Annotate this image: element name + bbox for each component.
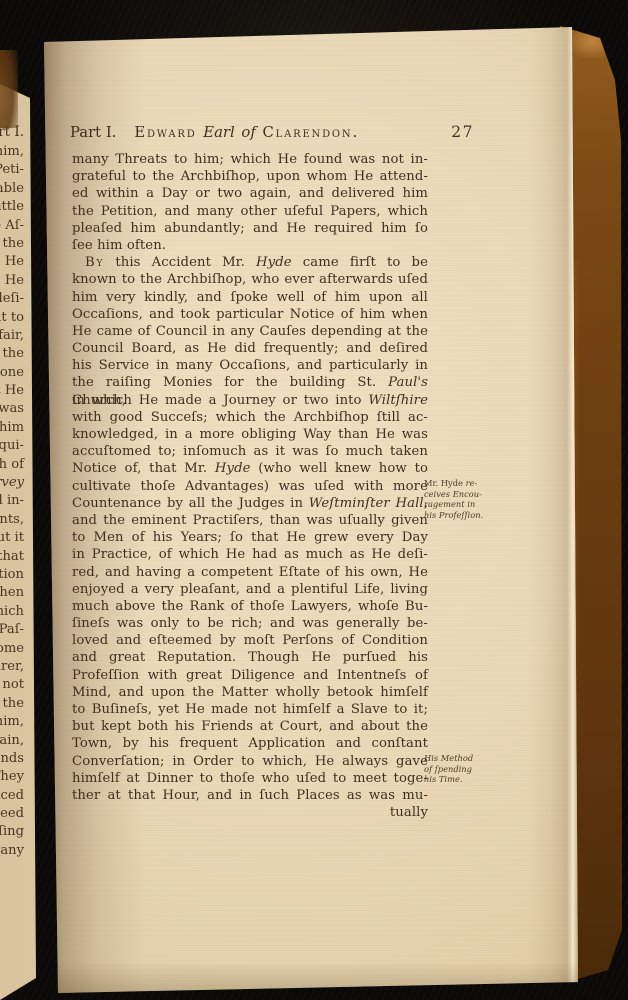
facing-page-line-fragment: little	[0, 198, 24, 216]
facing-page-line-fragment: They	[0, 768, 24, 786]
facing-page-line-fragment: the	[0, 695, 24, 713]
facing-page-line-fragment: ſome	[0, 640, 24, 658]
fore-edge-pages	[528, 0, 578, 1000]
facing-page-line-fragment: him,	[0, 143, 24, 161]
margin-note-line: of ſpending	[424, 764, 508, 775]
facing-page-line-fragment: h of	[0, 456, 24, 474]
facing-page-line-fragment: uſing	[0, 823, 24, 841]
facing-page-line-fragment: him	[0, 419, 24, 437]
facing-page-line-fragment: urer,	[0, 658, 24, 676]
facing-page-line-fragment: deed	[0, 805, 24, 823]
facing-page-line-fragment: “ the	[0, 345, 24, 363]
facing-page-line-fragment: vhich	[0, 603, 24, 621]
facing-page-line-fragment: Peti-	[0, 161, 24, 179]
facing-page-line-fragment: arvey	[0, 474, 24, 492]
facing-page-line-fragment: e Aſ-	[0, 217, 24, 235]
facing-page-line-fragment: rable	[0, 180, 24, 198]
margin-note-line: Mr. Hyde re-	[424, 478, 508, 489]
facing-page-line-fragment: He	[0, 253, 24, 271]
facing-page-line-fragment: ation	[0, 566, 24, 584]
margin-note-line: his Profeſſion.	[424, 510, 508, 521]
facing-page-line-fragment: gain,	[0, 732, 24, 750]
facing-page-line-fragment: that	[0, 548, 24, 566]
spine-shadow	[0, 50, 18, 128]
book-page: Part I. Edward Earl of Clarendon. 27 man…	[0, 0, 628, 1000]
facing-page-line-fragment: deſi-	[0, 290, 24, 308]
facing-page-line-fragment: vhen	[0, 584, 24, 602]
margin-note-line: His Method	[424, 753, 508, 764]
margin-note-encouragement: Mr. Hyde re-ceives Encou-ragement inhis …	[424, 478, 508, 521]
facing-page-line-fragment: Paſ-	[0, 621, 24, 639]
facing-page-line-fragment: one	[0, 364, 24, 382]
facing-page-line-fragment: ants,	[0, 511, 24, 529]
facing-page-text-fragments: him,Peti-rablelittlee Aſ-r theHe, Hedeſi…	[0, 143, 24, 860]
facing-page-line-fragment: nced	[0, 787, 24, 805]
facing-page-line-fragment: him,	[0, 713, 24, 731]
facing-page-line-fragment: not	[0, 676, 24, 694]
facing-page-line-fragment: d in-	[0, 492, 24, 510]
facing-page-line-fragment: ffair,	[0, 327, 24, 345]
facing-page-line-fragment: , He	[0, 272, 24, 290]
page-number: 27	[451, 123, 474, 141]
facing-page-line-fragment: r the	[0, 235, 24, 253]
gutter-shadow	[42, 0, 146, 1000]
facing-page-line-fragment: unds	[0, 750, 24, 768]
margin-note-method: His Methodof ſpendinghis Time.	[424, 753, 508, 785]
book-photograph: art I. him,Peti-rablelittlee Aſ-r theHe,…	[0, 0, 628, 1000]
facing-page-line-fragment: it to	[0, 309, 24, 327]
facing-page-line-fragment: ut it	[0, 529, 24, 547]
margin-note-line: his Time.	[424, 774, 508, 785]
facing-page-line-fragment: t He	[0, 382, 24, 400]
running-title: Edward Earl of Clarendon.	[134, 124, 451, 141]
facing-page-line-fragment: was	[0, 400, 24, 418]
facing-page-line-fragment: nqui-	[0, 437, 24, 455]
margin-note-line: ceives Encou-	[424, 489, 508, 500]
facing-page-line-fragment: nany	[0, 842, 24, 860]
margin-note-line: ragement in	[424, 499, 508, 510]
